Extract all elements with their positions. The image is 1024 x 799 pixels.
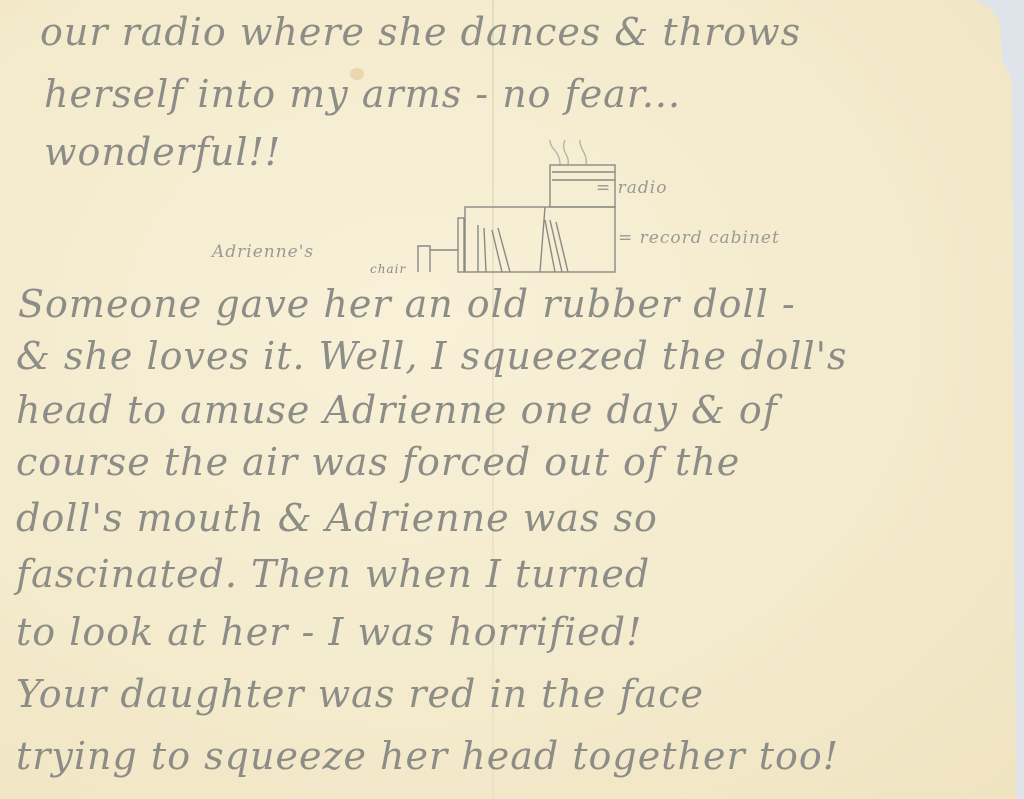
label-chair-owner: Adrienne's xyxy=(212,242,314,262)
text-line-12: trying to squeeze her head together too! xyxy=(16,734,839,778)
radio-cabinet-sketch xyxy=(410,140,630,280)
text-line-8: doll's mouth & Adrienne was so xyxy=(16,496,658,540)
text-line-5: & she loves it. Well, I squeezed the dol… xyxy=(16,334,848,378)
text-line-9: fascinated. Then when I turned xyxy=(16,552,650,596)
text-line-6: head to amuse Adrienne one day & of xyxy=(16,388,778,432)
text-line-11: Your daughter was red in the face xyxy=(16,672,704,716)
label-record-cabinet: = record cabinet xyxy=(618,228,780,248)
text-line-1: our radio where she dances & throws xyxy=(40,10,801,54)
text-line-3: wonderful!! xyxy=(44,130,281,174)
label-chair: chair xyxy=(370,262,406,276)
label-radio: = radio xyxy=(596,178,667,198)
letter-page: our radio where she dances & throws hers… xyxy=(0,0,1016,799)
text-line-10: to look at her - I was horrified! xyxy=(16,610,642,654)
text-line-2: herself into my arms - no fear... xyxy=(44,72,681,116)
text-line-4: Someone gave her an old rubber doll - xyxy=(18,282,796,326)
text-line-7: course the air was forced out of the xyxy=(16,440,740,484)
